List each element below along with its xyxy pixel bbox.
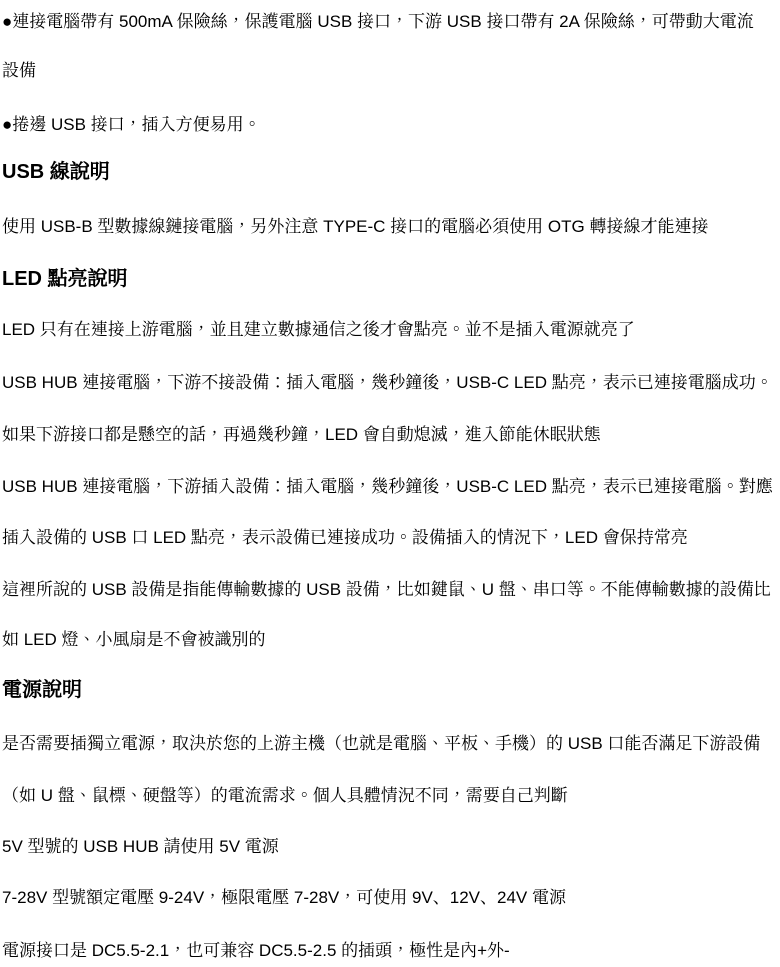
text-line: 使用 USB-B 型數據線鏈接電腦，另外注意 TYPE-C 接口的電腦必須使用 … — [2, 214, 708, 240]
text-line: USB HUB 連接電腦，下游插入設備：插入電腦，幾秒鐘後，USB-C LED … — [2, 474, 773, 500]
text-line: 如 LED 燈、小風扇是不會被識別的 — [2, 627, 266, 653]
document-page: ●連接電腦帶有 500mA 保險絲，保護電腦 USB 接口，下游 USB 接口帶… — [0, 0, 780, 967]
text-line: 這裡所說的 USB 設備是指能傳輸數據的 USB 設備，比如鍵鼠、U 盤、串口等… — [2, 577, 771, 603]
text-line: LED 只有在連接上游電腦，並且建立數據通信之後才會點亮。並不是插入電源就亮了 — [2, 317, 635, 343]
section-heading-power: 電源說明 — [2, 676, 82, 704]
text-line: 5V 型號的 USB HUB 請使用 5V 電源 — [2, 834, 279, 860]
bullet-list-item: ●捲邊 USB 接口，插入方便易用。 — [2, 112, 261, 138]
section-heading-usb-cable: USB 線說明 — [2, 158, 110, 186]
text-line: 是否需要插獨立電源，取決於您的上游主機（也就是電腦、平板、手機）的 USB 口能… — [2, 731, 760, 757]
text-line: 電源接口是 DC5.5-2.1，也可兼容 DC5.5-2.5 的插頭，極性是內+… — [2, 938, 510, 964]
text-line: （如 U 盤、鼠標、硬盤等）的電流需求。個人具體情況不同，需要自己判斷 — [2, 783, 568, 809]
bullet-list-item: ●連接電腦帶有 500mA 保險絲，保護電腦 USB 接口，下游 USB 接口帶… — [2, 9, 754, 35]
section-heading-led: LED 點亮說明 — [2, 265, 128, 293]
text-line: 設備 — [2, 58, 36, 84]
text-line: 插入設備的 USB 口 LED 點亮，表示設備已連接成功。設備插入的情況下，LE… — [2, 525, 688, 551]
text-line: 如果下游接口都是懸空的話，再過幾秒鐘，LED 會自動熄滅，進入節能休眠狀態 — [2, 422, 601, 448]
text-line: 7-28V 型號額定電壓 9-24V，極限電壓 7-28V，可使用 9V、12V… — [2, 885, 566, 911]
text-line: USB HUB 連接電腦，下游不接設備：插入電腦，幾秒鐘後，USB-C LED … — [2, 370, 773, 396]
